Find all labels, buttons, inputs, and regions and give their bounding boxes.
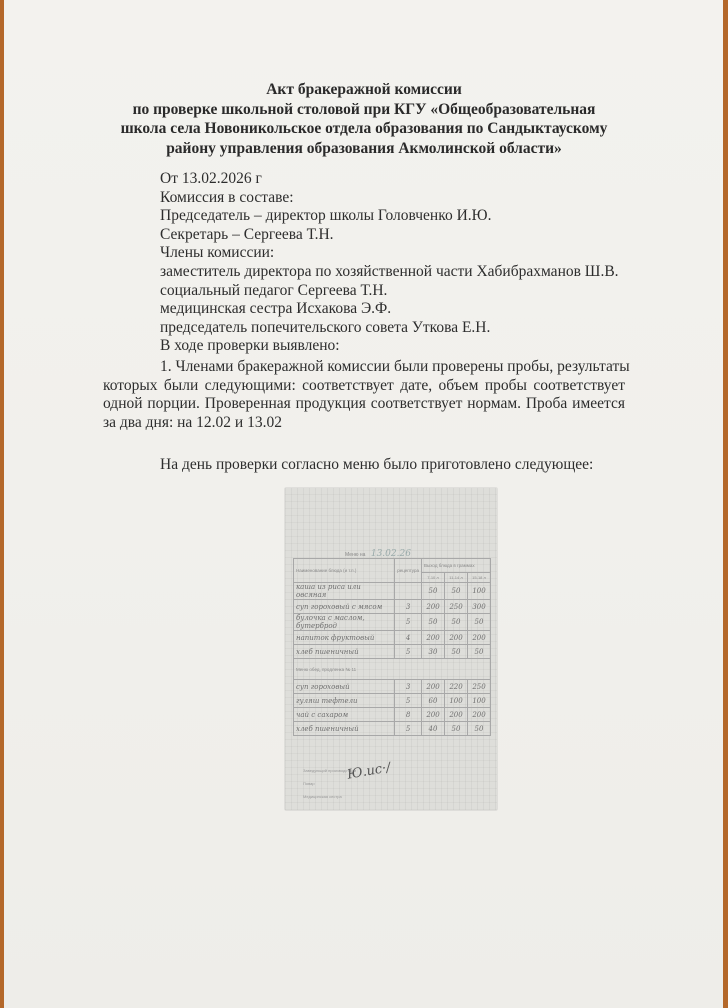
menu-row: хлеб пшеничный5405050: [294, 722, 491, 736]
member-line: заместитель директора по хозяйственной ч…: [160, 263, 680, 282]
dish-name: гуляш тефтели: [294, 694, 395, 708]
finding-continuation: которых были следующими: соответствует д…: [103, 377, 625, 433]
portion-value: 200: [445, 631, 468, 645]
secretary-line: Секретарь – Сергеева Т.Н.: [160, 226, 680, 245]
finding-paragraph: 1. Членами бракеражной комиссии были про…: [160, 358, 680, 432]
portion-value: 50: [445, 583, 468, 600]
signature-mark: Ю.ис·/: [346, 760, 392, 782]
portion-value: 300: [468, 600, 491, 614]
recipe-code: 5: [395, 694, 422, 708]
menu-table: Наименование блюда (и т.п.) рецептура Вы…: [293, 558, 491, 736]
signature-label: Медицинская сестра: [303, 794, 342, 799]
title-line: школа села Новоникольское отдела образов…: [0, 119, 728, 139]
portion-value: 50: [422, 583, 445, 600]
menu-row: гуляш тефтели560100100: [294, 694, 491, 708]
portion-value: 50: [468, 722, 491, 736]
portion-value: 220: [445, 680, 468, 694]
member-line: медицинская сестра Исхакова Э.Ф.: [160, 300, 680, 319]
portion-value: 250: [445, 600, 468, 614]
portion-value: 50: [468, 645, 491, 659]
dish-name: напиток фруктовый: [294, 631, 395, 645]
portion-value: 200: [468, 708, 491, 722]
title-line: Акт бракеражной комиссии: [0, 80, 728, 100]
menu-row: чай с сахаром8200200200: [294, 708, 491, 722]
col-header: 11-14 л: [445, 573, 468, 583]
portion-value: 50: [422, 614, 445, 631]
portion-value: 200: [422, 708, 445, 722]
portion-value: 200: [445, 708, 468, 722]
recipe-code: 5: [395, 614, 422, 631]
portion-value: 50: [445, 645, 468, 659]
menu-caption: На день проверки согласно меню было приг…: [160, 456, 593, 474]
recipe-code: 4: [395, 631, 422, 645]
title-line: по проверке школьной столовой при КГУ «О…: [0, 100, 728, 120]
menu-photo: Меню на 13.02.26 Наименование блюда (и т…: [285, 488, 497, 810]
portion-value: 30: [422, 645, 445, 659]
dish-name: суп гороховый: [294, 680, 395, 694]
title-line: району управления образования Акмолинско…: [0, 139, 728, 159]
portion-value: 60: [422, 694, 445, 708]
recipe-code: 5: [395, 645, 422, 659]
portion-value: 50: [445, 614, 468, 631]
portion-value: 200: [468, 631, 491, 645]
member-line: социальный педагог Сергеева Т.Н.: [160, 282, 680, 301]
dish-name: хлеб пшеничный: [294, 722, 395, 736]
col-header: Выход блюда в граммах: [422, 559, 491, 573]
dish-name: каша из риса или овсяная: [294, 583, 395, 600]
portion-value: 100: [468, 694, 491, 708]
col-header: 15-18 л: [468, 573, 491, 583]
portion-value: 100: [445, 694, 468, 708]
recipe-code: 3: [395, 680, 422, 694]
dish-name: хлеб пшеничный: [294, 645, 395, 659]
portion-value: 50: [445, 722, 468, 736]
members-heading: Члены комиссии:: [160, 244, 680, 263]
finding-first-line: 1. Членами бракеражной комиссии были про…: [160, 358, 680, 377]
recipe-code: [395, 583, 422, 600]
col-header: 7-10 л: [422, 573, 445, 583]
menu-row: хлеб пшеничный5305050: [294, 645, 491, 659]
menu-row: каша из риса или овсяная5050100: [294, 583, 491, 600]
member-line: председатель попечительского совета Утко…: [160, 319, 680, 338]
portion-value: 250: [468, 680, 491, 694]
dish-name: чай с сахаром: [294, 708, 395, 722]
chairman-line: Председатель – директор школы Головченко…: [160, 207, 680, 226]
portion-value: 100: [468, 583, 491, 600]
menu-row: напиток фруктовый4200200200: [294, 631, 491, 645]
commission-heading: Комиссия в составе:: [160, 189, 680, 208]
portion-value: 200: [422, 631, 445, 645]
menu-row: булочка с маслом, бутерброд5505050: [294, 614, 491, 631]
findings-heading: В ходе проверки выявлено:: [160, 337, 680, 356]
portion-value: 200: [422, 680, 445, 694]
dish-name: суп гороховый с мясом: [294, 600, 395, 614]
recipe-code: 3: [395, 600, 422, 614]
menu-row: суп гороховый с мясом3200250300: [294, 600, 491, 614]
col-header: рецептура: [395, 559, 422, 583]
commission-block: От 13.02.2026 г Комиссия в составе: Пред…: [160, 170, 680, 356]
portion-value: 50: [468, 614, 491, 631]
col-header: Наименование блюда (и т.п.): [294, 559, 395, 583]
date-line: От 13.02.2026 г: [160, 170, 680, 189]
lunch-heading: Меню обед, продленка № 11: [294, 659, 491, 680]
dish-name: булочка с маслом, бутерброд: [294, 614, 395, 631]
portion-value: 40: [422, 722, 445, 736]
menu-row: суп гороховый3200220250: [294, 680, 491, 694]
signature-label: Повар: [303, 781, 315, 786]
recipe-code: 8: [395, 708, 422, 722]
recipe-code: 5: [395, 722, 422, 736]
document-title: Акт бракеражной комиссии по проверке шко…: [0, 80, 728, 158]
portion-value: 200: [422, 600, 445, 614]
